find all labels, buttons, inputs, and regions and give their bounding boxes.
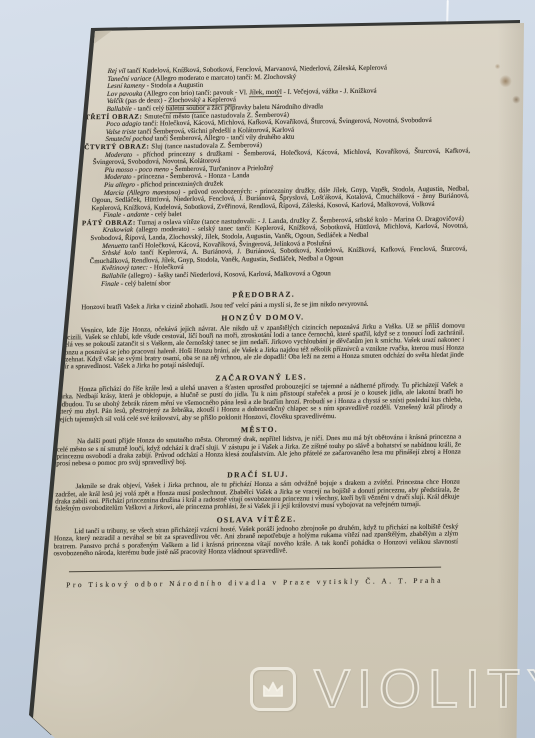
section-paragraph: Honzovi bratři Vašek a Jirka v cizině zb… [61,299,465,311]
section-paragraph: Vesnice, kde žije Honza, očekává jejich … [59,322,465,371]
photo-background: Rej víl tančí Kudelová, Knížková, Sobotk… [0,0,535,738]
cast-entry: Marcia (Allegro maestoso) - průvod osvob… [91,185,469,212]
section-paragraph: Lid tančí u tribuny, se všech stran přic… [53,524,458,558]
imprint-line: Pro Tiskový odbor Národního divadla v Pr… [52,576,456,590]
synopsis: PŘEDOBRAZ.Honzovi bratři Vašek a Jirka v… [53,289,465,558]
section-paragraph: Jakmile se drak objeví, Vašek i Jirka pr… [55,479,460,513]
cast-list: Rej víl tančí Kudelová, Knížková, Sobotk… [80,64,473,289]
footer-divider [69,567,441,573]
paper: Rej víl tančí Kudelová, Knížková, Sobotk… [0,0,535,738]
page-content: Rej víl tančí Kudelová, Knížková, Sobotk… [52,28,474,590]
section-paragraph: Na další pouti přijde Honza do smutného … [56,434,461,468]
section-paragraph: Honza přichází do říše krále lesů a uleh… [58,382,463,424]
